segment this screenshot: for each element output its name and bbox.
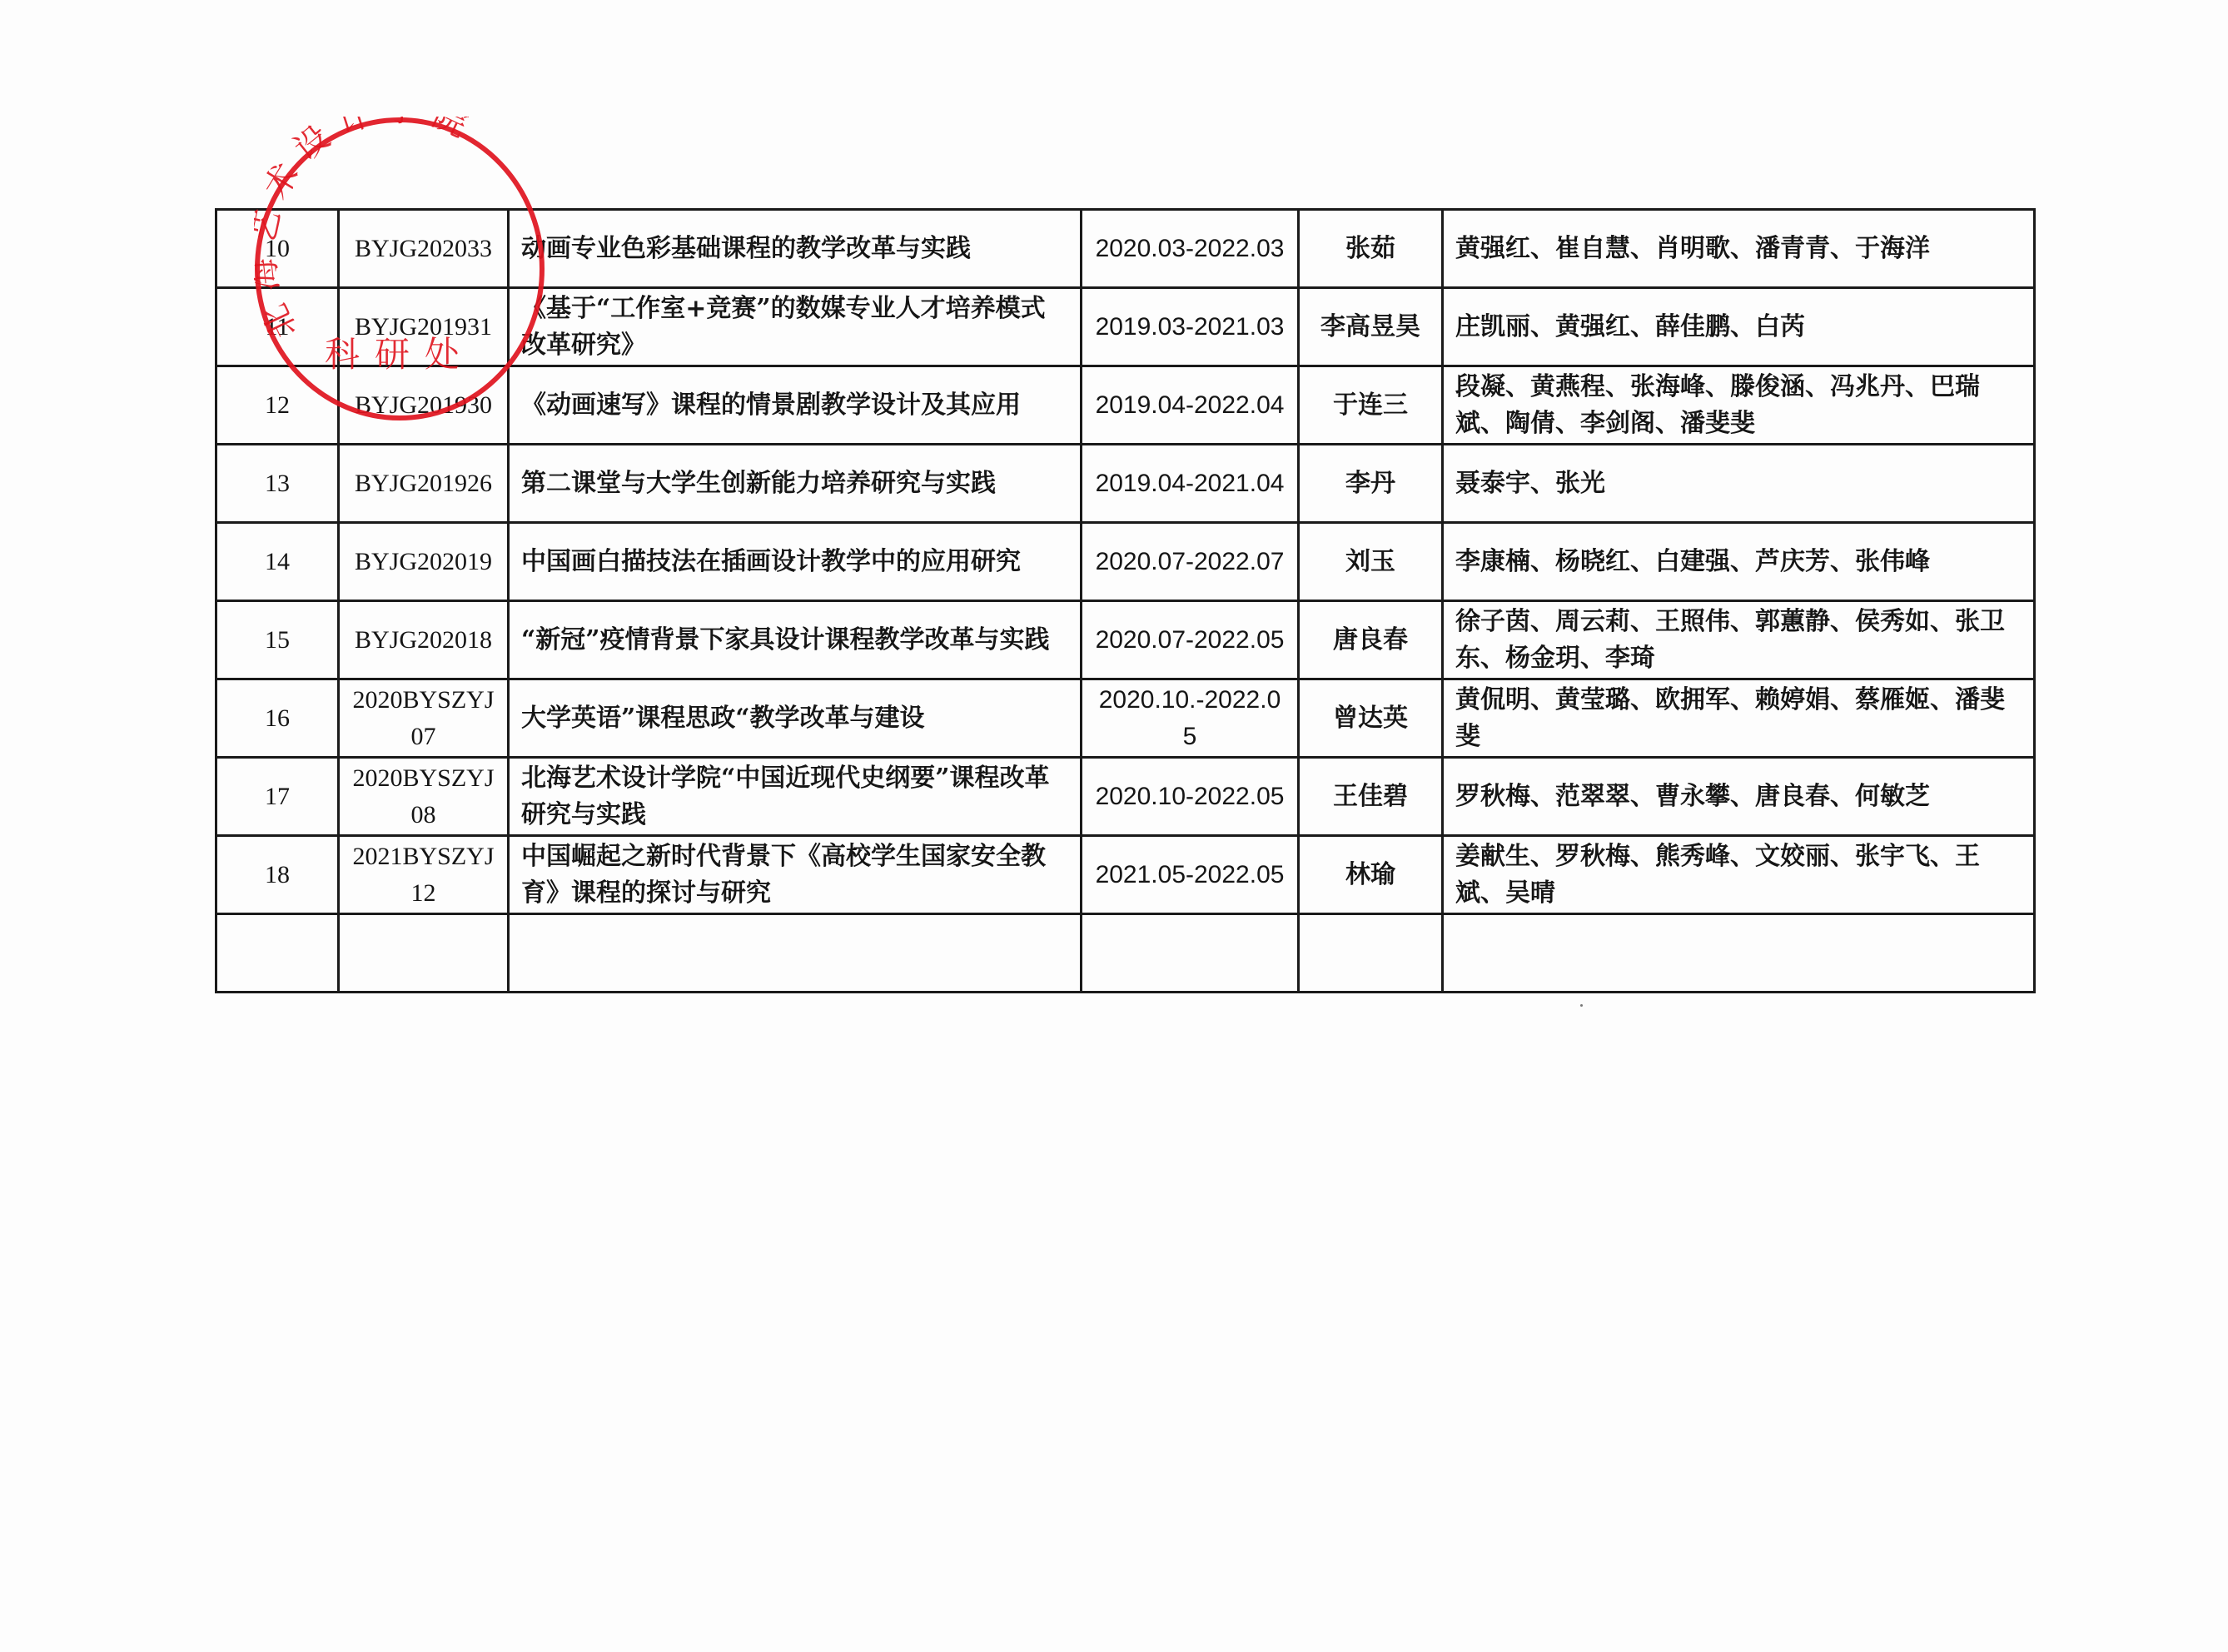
project-members: 姜献生、罗秋梅、熊秀峰、文姣丽、张宇飞、王斌、吴晴 bbox=[1443, 836, 2035, 914]
scanned-document-page: 10BYJG202033动画专业色彩基础课程的教学改革与实践2020.03-20… bbox=[0, 0, 2228, 1652]
project-code: BYJG202033 bbox=[339, 210, 509, 288]
row-number: 13 bbox=[216, 445, 339, 523]
project-code bbox=[339, 914, 509, 993]
project-code: 2020BYSZYJ08 bbox=[339, 758, 509, 836]
row-number: 10 bbox=[216, 210, 339, 288]
project-period: 2020.07-2022.05 bbox=[1082, 601, 1299, 679]
project-members: 李康楠、杨晓红、白建强、芦庆芳、张伟峰 bbox=[1443, 523, 2035, 601]
row-number: 15 bbox=[216, 601, 339, 679]
project-table: 10BYJG202033动画专业色彩基础课程的教学改革与实践2020.03-20… bbox=[215, 208, 2036, 993]
project-members: 黄侃明、黄莹璐、欧拥军、赖婷娟、蔡雁姬、潘斐斐 bbox=[1443, 679, 2035, 758]
project-period: 2020.10.-2022.05 bbox=[1082, 679, 1299, 758]
project-code: BYJG202018 bbox=[339, 601, 509, 679]
table-row bbox=[216, 914, 2035, 993]
project-leader: 曾达英 bbox=[1299, 679, 1443, 758]
project-title: 《基于“工作室+竞赛”的数媒专业人才培养模式改革研究》 bbox=[509, 288, 1082, 366]
row-number: 14 bbox=[216, 523, 339, 601]
project-code: 2021BYSZYJ12 bbox=[339, 836, 509, 914]
table-row: 12BYJG201930《动画速写》课程的情景剧教学设计及其应用2019.04-… bbox=[216, 366, 2035, 445]
table-row: 182021BYSZYJ12中国崛起之新时代背景下《高校学生国家安全教育》课程的… bbox=[216, 836, 2035, 914]
table-row: 13BYJG201926第二课堂与大学生创新能力培养研究与实践2019.04-2… bbox=[216, 445, 2035, 523]
project-code: 2020BYSZYJ07 bbox=[339, 679, 509, 758]
project-period: 2020.10-2022.05 bbox=[1082, 758, 1299, 836]
project-title: 中国崛起之新时代背景下《高校学生国家安全教育》课程的探讨与研究 bbox=[509, 836, 1082, 914]
project-period: 2021.05-2022.05 bbox=[1082, 836, 1299, 914]
project-leader: 唐良春 bbox=[1299, 601, 1443, 679]
table-row: 11BYJG201931《基于“工作室+竞赛”的数媒专业人才培养模式改革研究》2… bbox=[216, 288, 2035, 366]
table-row: 14BYJG202019中国画白描技法在插画设计教学中的应用研究2020.07-… bbox=[216, 523, 2035, 601]
project-members: 罗秋梅、范翠翠、曹永攀、唐良春、何敏芝 bbox=[1443, 758, 2035, 836]
project-period: 2019.04-2021.04 bbox=[1082, 445, 1299, 523]
project-title: 动画专业色彩基础课程的教学改革与实践 bbox=[509, 210, 1082, 288]
project-code: BYJG201930 bbox=[339, 366, 509, 445]
project-leader: 刘玉 bbox=[1299, 523, 1443, 601]
table-row: 15BYJG202018“新冠”疫情背景下家具设计课程教学改革与实践2020.0… bbox=[216, 601, 2035, 679]
project-title: 第二课堂与大学生创新能力培养研究与实践 bbox=[509, 445, 1082, 523]
row-number: 18 bbox=[216, 836, 339, 914]
project-leader bbox=[1299, 914, 1443, 993]
project-code: BYJG201931 bbox=[339, 288, 509, 366]
project-members: 徐子茵、周云莉、王照伟、郭蕙静、侯秀如、张卫东、杨金玥、李琦 bbox=[1443, 601, 2035, 679]
project-title bbox=[509, 914, 1082, 993]
project-leader: 于连三 bbox=[1299, 366, 1443, 445]
project-leader: 李丹 bbox=[1299, 445, 1443, 523]
table-row: 10BYJG202033动画专业色彩基础课程的教学改革与实践2020.03-20… bbox=[216, 210, 2035, 288]
project-members: 聂泰宇、张光 bbox=[1443, 445, 2035, 523]
row-number: 11 bbox=[216, 288, 339, 366]
project-title: 《动画速写》课程的情景剧教学设计及其应用 bbox=[509, 366, 1082, 445]
scan-speck bbox=[1580, 1004, 1583, 1007]
project-title: 北海艺术设计学院“中国近现代史纲要”课程改革研究与实践 bbox=[509, 758, 1082, 836]
table-row: 172020BYSZYJ08北海艺术设计学院“中国近现代史纲要”课程改革研究与实… bbox=[216, 758, 2035, 836]
table-row: 162020BYSZYJ07大学英语”课程思政“教学改革与建设2020.10.-… bbox=[216, 679, 2035, 758]
project-title: 中国画白描技法在插画设计教学中的应用研究 bbox=[509, 523, 1082, 601]
project-leader: 李高昱昊 bbox=[1299, 288, 1443, 366]
row-number: 17 bbox=[216, 758, 339, 836]
project-code: BYJG201926 bbox=[339, 445, 509, 523]
project-members: 段凝、黄燕程、张海峰、滕俊涵、冯兆丹、巴瑞斌、陶倩、李剑阁、潘斐斐 bbox=[1443, 366, 2035, 445]
project-period: 2019.04-2022.04 bbox=[1082, 366, 1299, 445]
project-members: 庄凯丽、黄强红、薛佳鹏、白芮 bbox=[1443, 288, 2035, 366]
row-number: 12 bbox=[216, 366, 339, 445]
project-title: 大学英语”课程思政“教学改革与建设 bbox=[509, 679, 1082, 758]
project-leader: 林瑜 bbox=[1299, 836, 1443, 914]
project-leader: 王佳碧 bbox=[1299, 758, 1443, 836]
project-leader: 张茹 bbox=[1299, 210, 1443, 288]
project-members bbox=[1443, 914, 2035, 993]
project-period: 2020.07-2022.07 bbox=[1082, 523, 1299, 601]
project-members: 黄强红、崔自慧、肖明歌、潘青青、于海洋 bbox=[1443, 210, 2035, 288]
project-code: BYJG202019 bbox=[339, 523, 509, 601]
row-number bbox=[216, 914, 339, 993]
project-period bbox=[1082, 914, 1299, 993]
project-title: “新冠”疫情背景下家具设计课程教学改革与实践 bbox=[509, 601, 1082, 679]
project-period: 2019.03-2021.03 bbox=[1082, 288, 1299, 366]
row-number: 16 bbox=[216, 679, 339, 758]
project-period: 2020.03-2022.03 bbox=[1082, 210, 1299, 288]
